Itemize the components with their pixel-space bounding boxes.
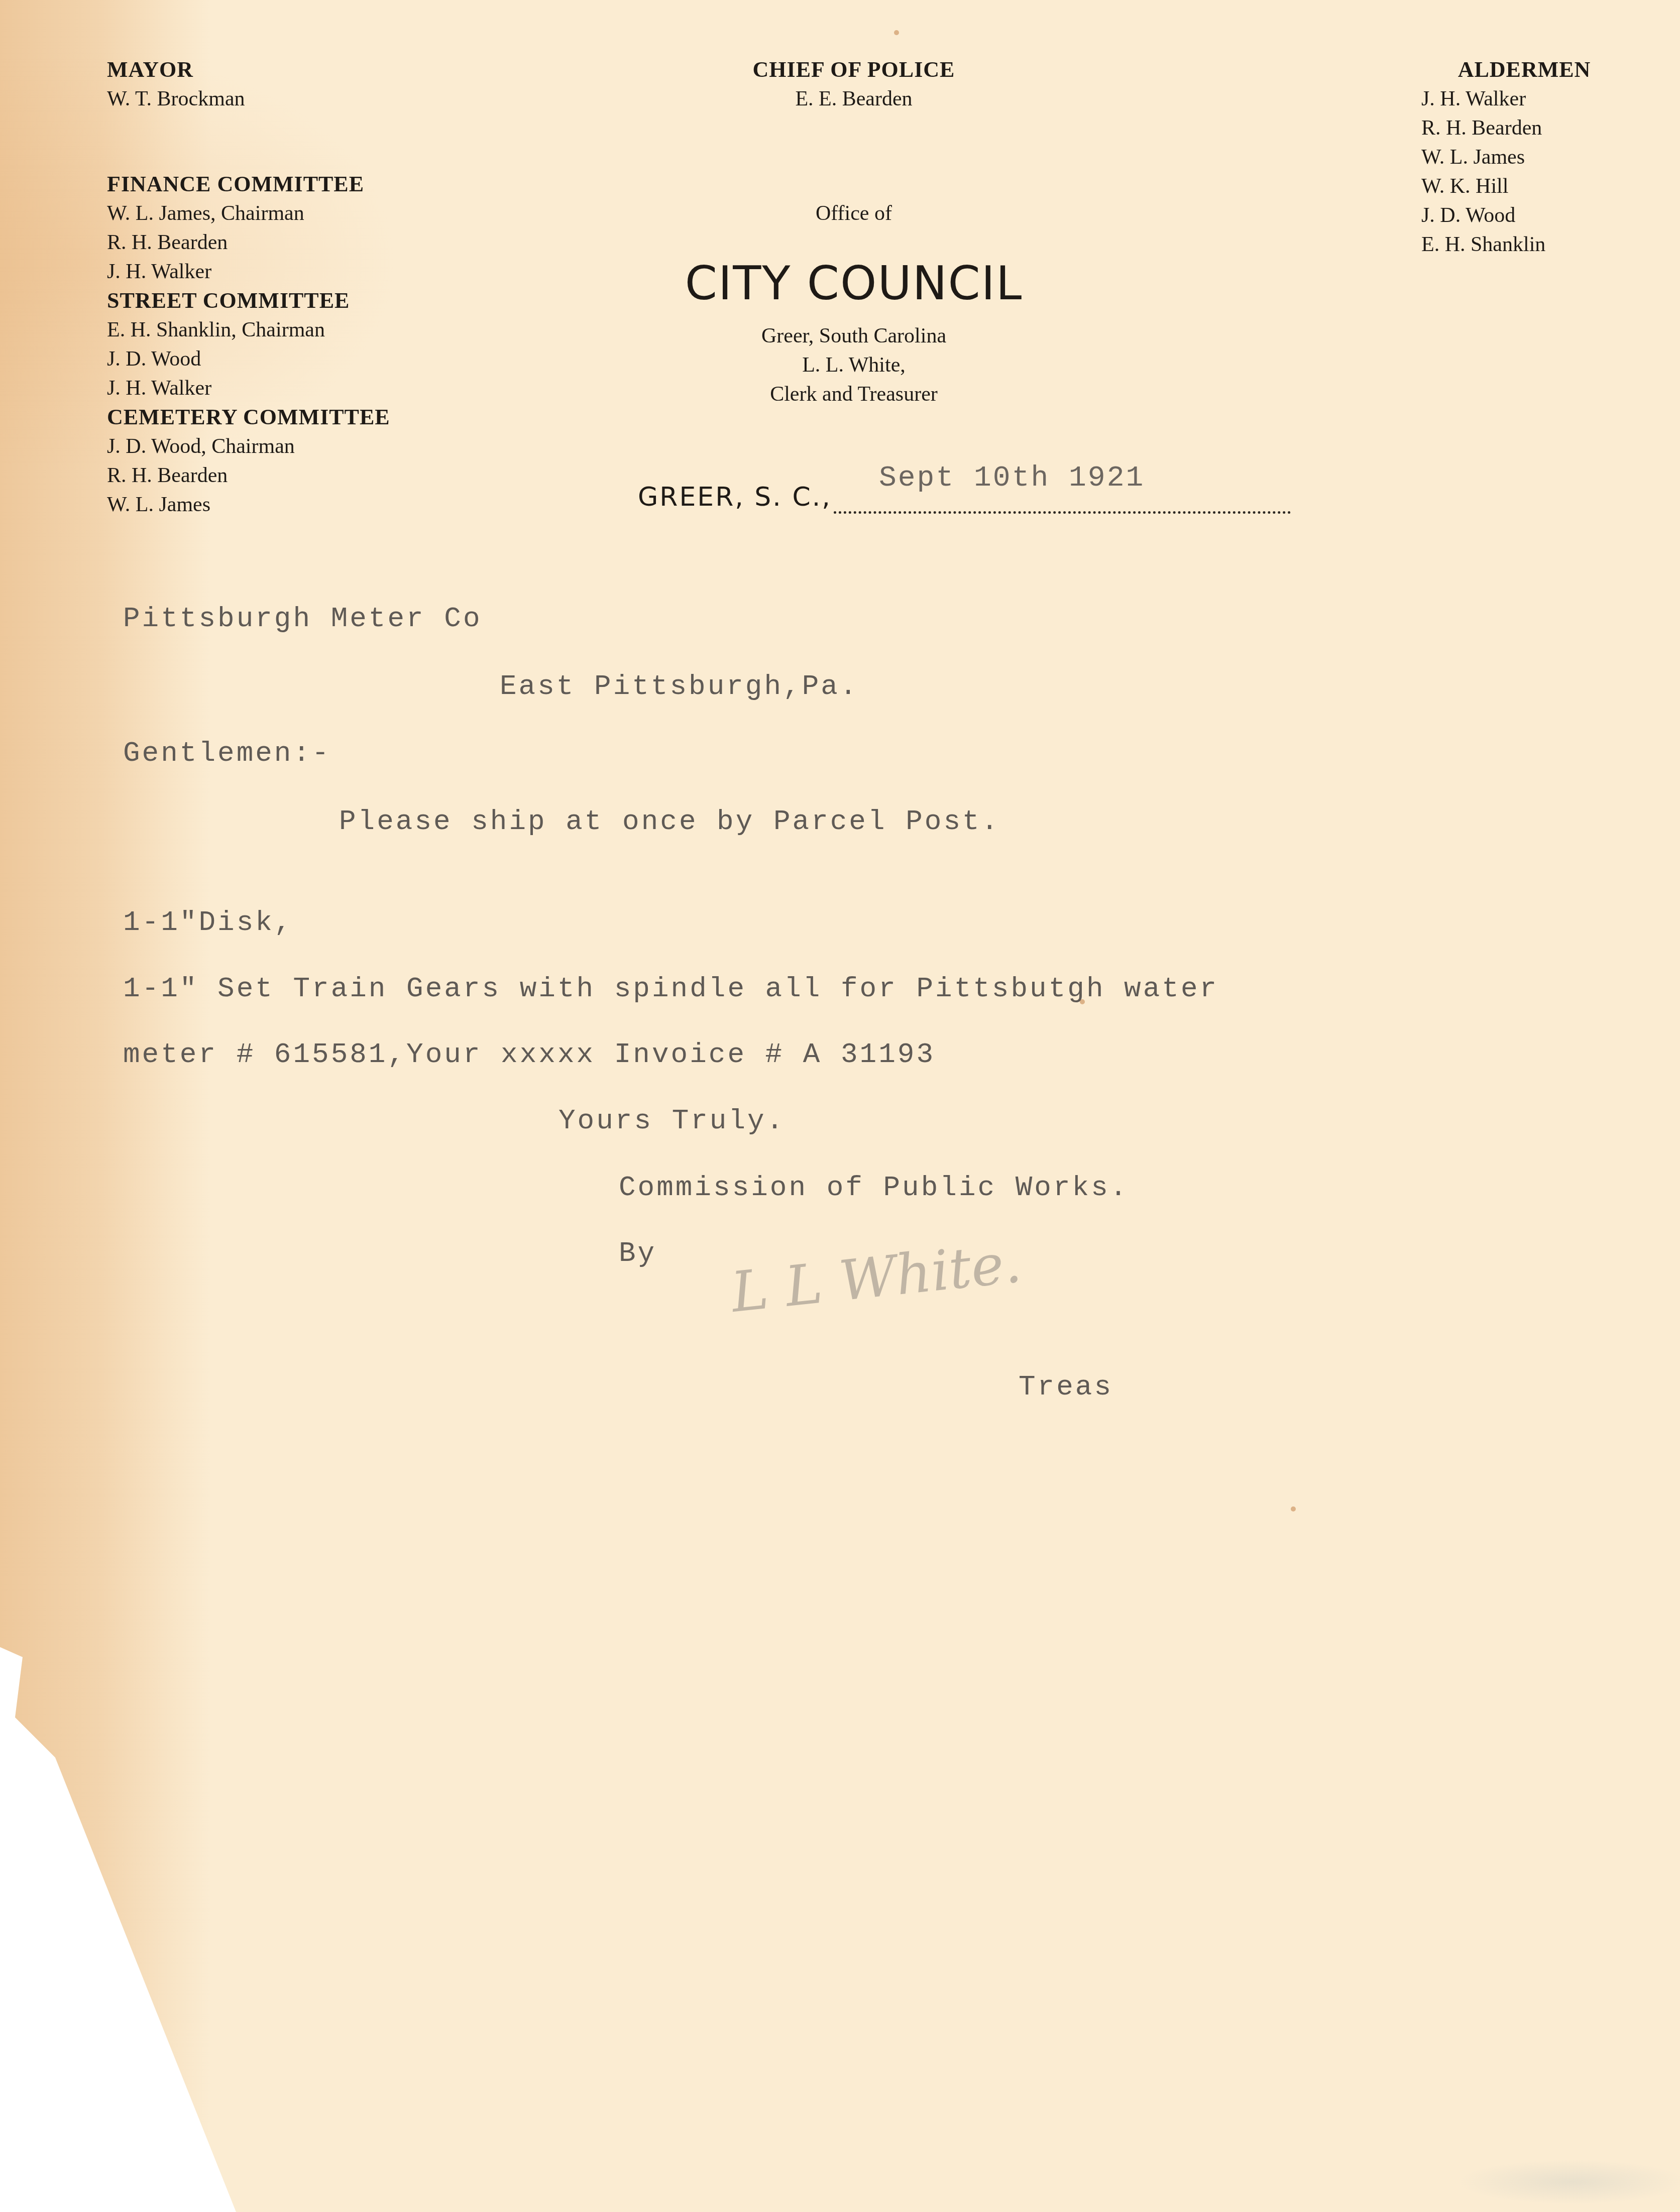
- aldermen-heading: ALDERMEN: [1421, 55, 1607, 84]
- paper-spot: [1080, 999, 1085, 1004]
- organization: Commission of Public Works.: [619, 1172, 1129, 1204]
- finance-committee-member: J. H. Walker: [107, 257, 489, 286]
- paper-spot: [894, 30, 899, 35]
- finance-committee-member: R. H. Bearden: [107, 228, 489, 257]
- alderman-name: E. H. Shanklin: [1421, 230, 1597, 259]
- finance-committee-member: W. L. James, Chairman: [107, 199, 489, 228]
- dateline: GREER, S. C., Sept 10th 1921: [638, 462, 1291, 512]
- dateline-place: GREER, S. C.,: [638, 482, 832, 512]
- mayor-name: W. T. Brockman: [107, 84, 489, 113]
- office-location: Greer, South Carolina: [603, 321, 1105, 351]
- alderman-name: J. D. Wood: [1421, 201, 1597, 230]
- letterhead-left-column: MAYOR W. T. Brockman FINANCE COMMITTEE W…: [107, 55, 489, 519]
- by-label: By: [619, 1237, 656, 1269]
- opening-line: Please ship at once by Parcel Post.: [339, 805, 1000, 838]
- signer-title: Treas: [1019, 1371, 1113, 1403]
- cemetery-committee-member: J. D. Wood, Chairman: [107, 432, 489, 461]
- letter-date: Sept 10th 1921: [879, 462, 1145, 495]
- street-committee-member: E. H. Shanklin, Chairman: [107, 315, 489, 344]
- finance-committee-heading: FINANCE COMMITTEE: [107, 170, 489, 199]
- closing: Yours Truly.: [558, 1105, 785, 1137]
- office-of-label: Office of: [603, 199, 1105, 228]
- cemetery-committee-heading: CEMETERY COMMITTEE: [107, 403, 489, 432]
- city-council-title: CITY COUNCIL: [603, 256, 1105, 311]
- chief-of-police-heading: CHIEF OF POLICE: [603, 55, 1105, 84]
- recipient-address: East Pittsburgh,Pa.: [500, 670, 859, 703]
- alderman-name: R. H. Bearden: [1421, 113, 1597, 143]
- alderman-name: W. L. James: [1421, 143, 1597, 172]
- cemetery-committee-member: R. H. Bearden: [107, 461, 489, 490]
- alderman-name: J. H. Walker: [1421, 84, 1597, 113]
- letterhead-center-column: CHIEF OF POLICE E. E. Bearden Office of …: [603, 55, 1105, 409]
- order-item: meter # 615581,Your xxxxx Invoice # A 31…: [123, 1038, 935, 1071]
- clerk-name: L. L. White,: [603, 351, 1105, 380]
- letterhead-right-column: ALDERMEN J. H. Walker R. H. Bearden W. L…: [1421, 55, 1597, 259]
- clerk-title: Clerk and Treasurer: [603, 380, 1105, 409]
- dateline-rule: [834, 511, 1291, 514]
- salutation: Gentlemen:-: [123, 737, 331, 769]
- chief-of-police-name: E. E. Bearden: [603, 84, 1105, 113]
- mayor-heading: MAYOR: [107, 55, 489, 84]
- street-committee-member: J. D. Wood: [107, 344, 489, 374]
- alderman-name: W. K. Hill: [1421, 172, 1597, 201]
- cemetery-committee-member: W. L. James: [107, 490, 489, 519]
- bleed-through-mark: [1457, 2159, 1680, 2204]
- recipient-name: Pittsburgh Meter Co: [123, 603, 482, 635]
- street-committee-member: J. H. Walker: [107, 374, 489, 403]
- order-item: 1-1"Disk,: [123, 906, 293, 939]
- order-item: 1-1" Set Train Gears with spindle all fo…: [123, 973, 1218, 1005]
- street-committee-heading: STREET COMMITTEE: [107, 286, 489, 315]
- paper-spot: [1291, 1506, 1296, 1511]
